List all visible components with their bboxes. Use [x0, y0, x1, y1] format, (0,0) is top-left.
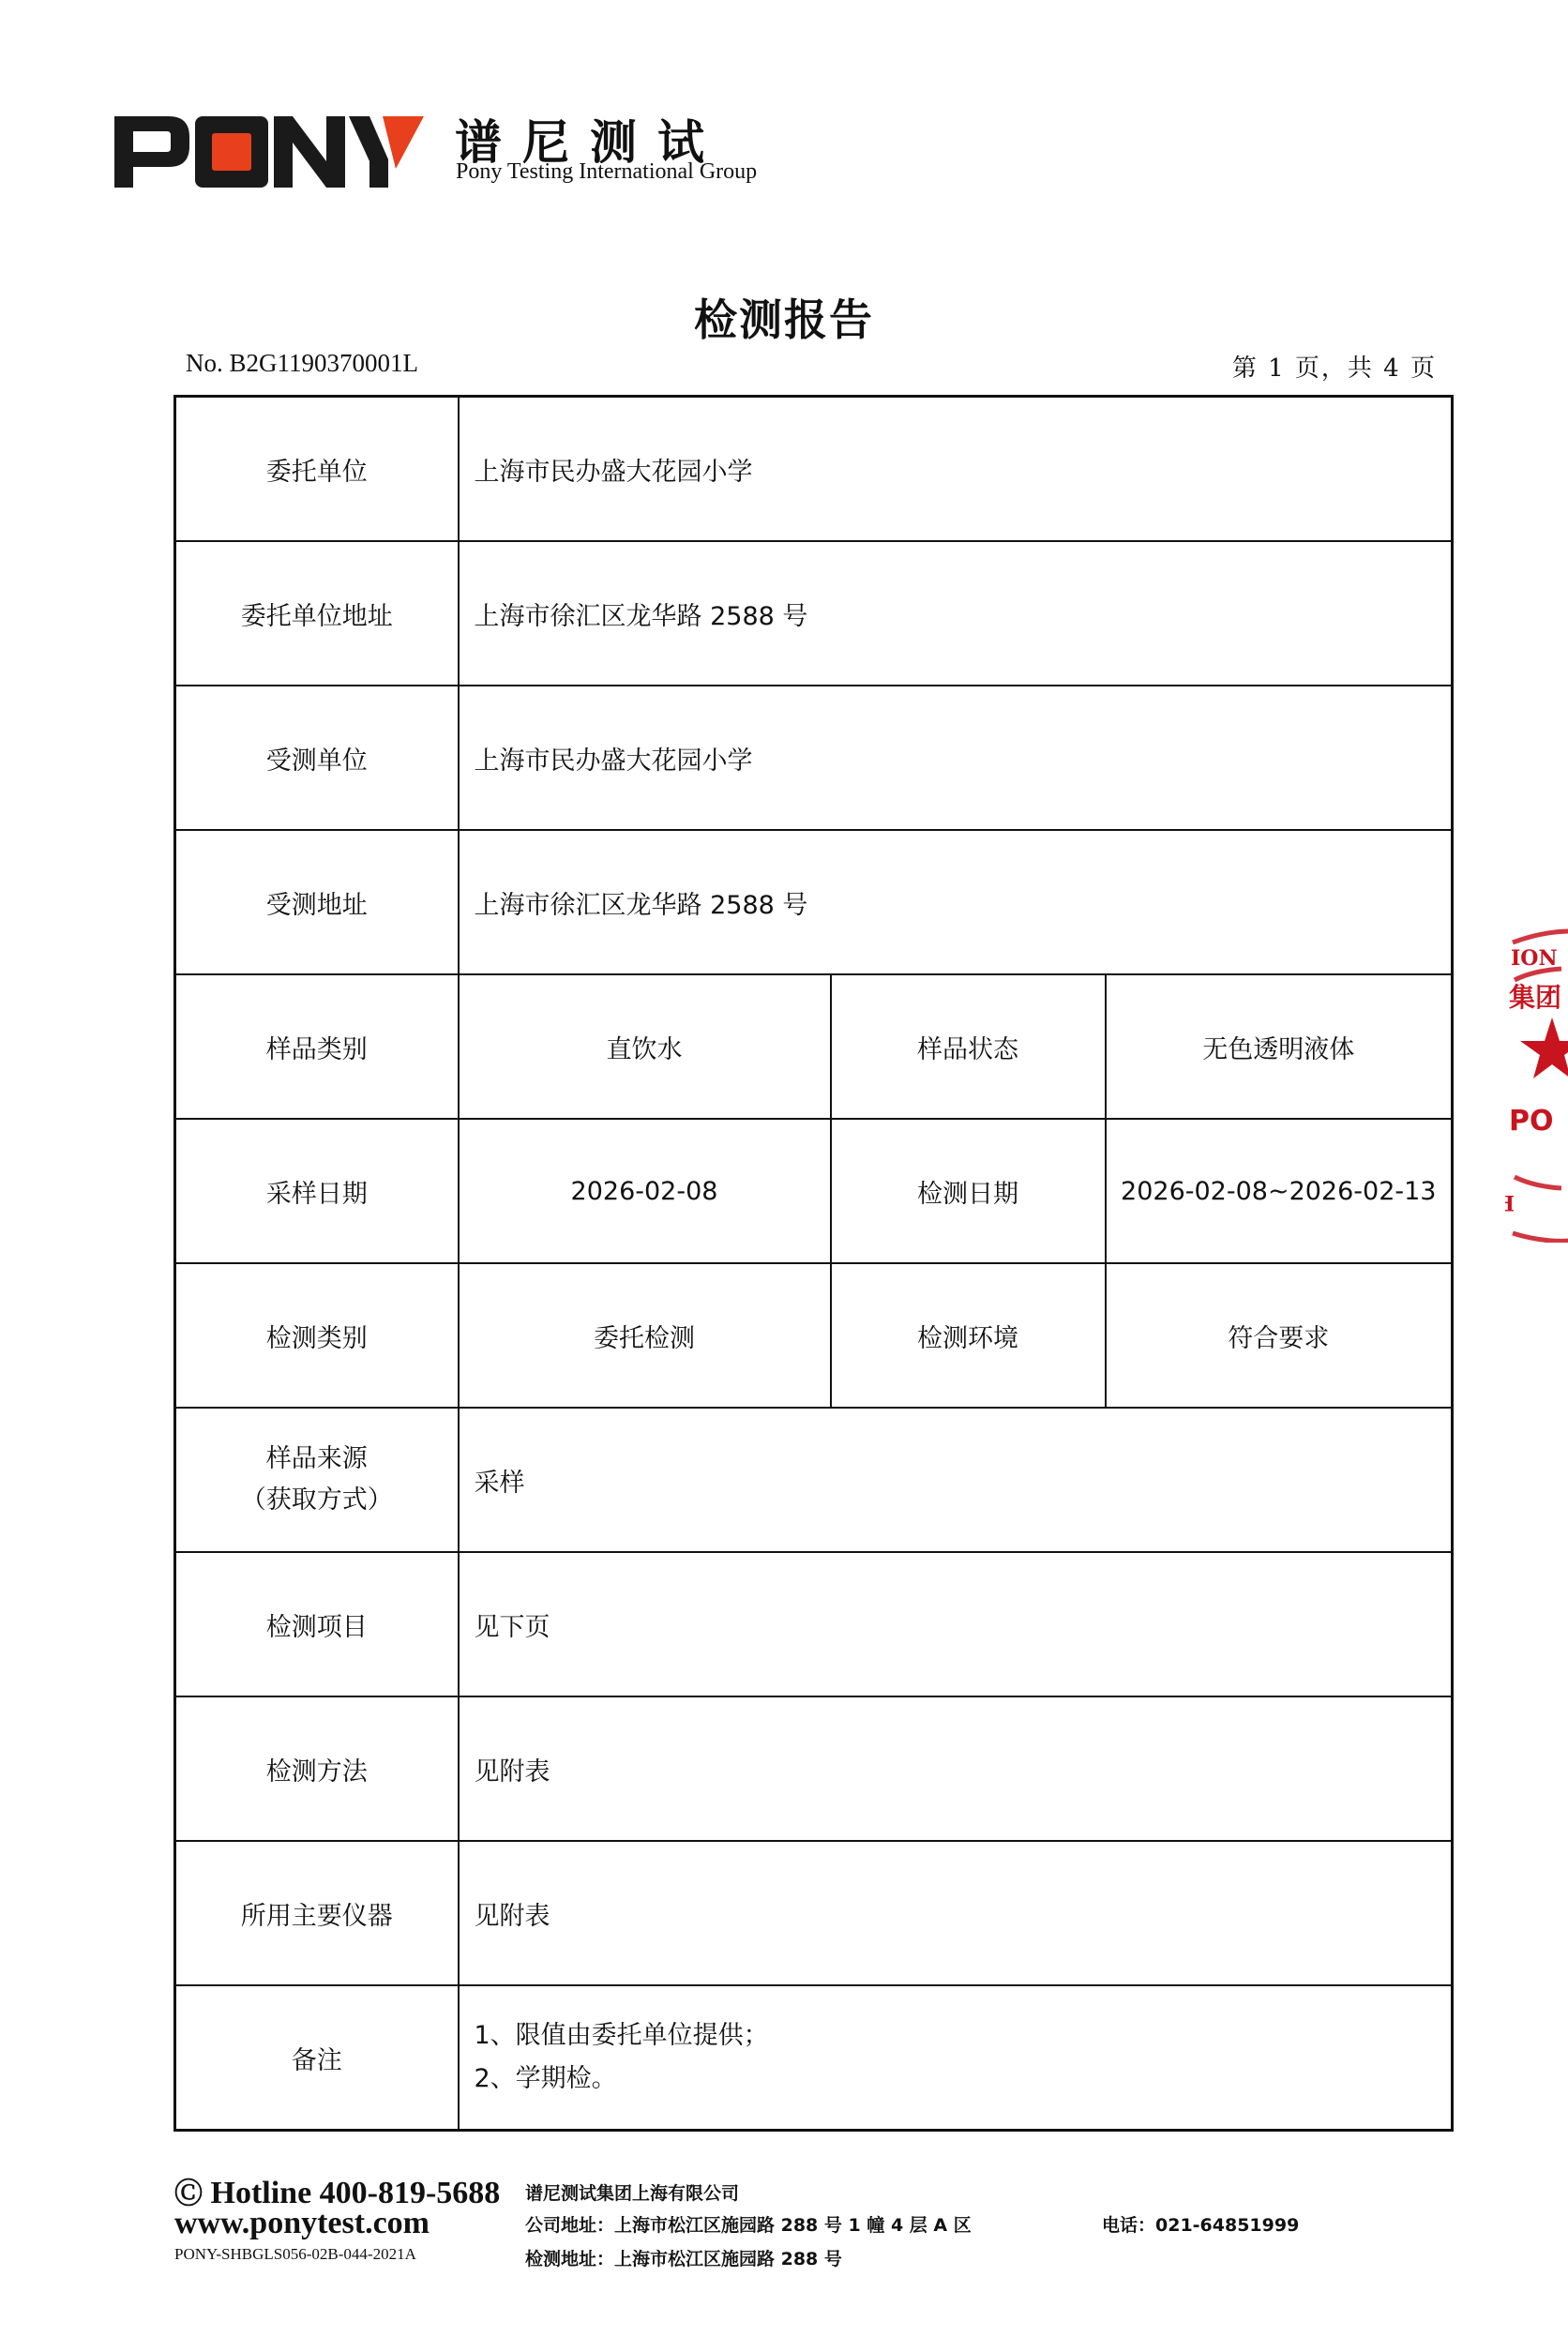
table-row-sample-type: 样品类别 直饮水 样品状态 无色透明液体 — [175, 974, 1453, 1119]
remarks-value: 1、限值由委托单位提供； 2、学期检。 — [459, 1985, 1453, 2131]
test-method-value: 见附表 — [459, 1696, 1453, 1841]
table-row-tested-address: 受测地址 上海市徐汇区龙华路 2588 号 — [175, 830, 1453, 974]
stamp-text-group: 集团 — [1509, 982, 1561, 1013]
pony-logo — [114, 113, 424, 189]
remark-item-2: 2、学期检。 — [475, 2058, 1452, 2101]
client-address-label: 委托单位地址 — [175, 541, 459, 686]
sample-state-label: 样品状态 — [831, 974, 1106, 1119]
table-row-test-method: 检测方法 见附表 — [175, 1696, 1453, 1841]
logo-english-name: Pony Testing International Group — [456, 159, 757, 185]
sample-type-value: 直饮水 — [459, 974, 831, 1119]
sample-source-label: 样品来源 （获取方式） — [175, 1408, 459, 1552]
remarks-label: 备注 — [175, 1985, 459, 2131]
tested-unit-value: 上海市民办盛大花园小学 — [459, 686, 1453, 830]
company-name: 谱尼测试集团上海有限公司 — [525, 2179, 739, 2205]
page-title: 检测报告 — [0, 286, 1568, 348]
page-indicator: 第 1 页，共 4 页 — [1232, 349, 1437, 384]
table-row-client: 委托单位 上海市民办盛大花园小学 — [175, 397, 1453, 542]
table-row-category: 检测类别 委托检测 检测环境 符合要求 — [175, 1263, 1453, 1408]
client-value: 上海市民办盛大花园小学 — [459, 397, 1453, 542]
report-info-table: 委托单位 上海市民办盛大花园小学 委托单位地址 上海市徐汇区龙华路 2588 号… — [173, 395, 1454, 2132]
report-number: No. B2G1190370001L — [186, 349, 418, 378]
test-date-value: 2026-02-08~2026-02-13 — [1106, 1119, 1453, 1263]
test-environment-label: 检测环境 — [831, 1263, 1106, 1408]
official-seal-stamp: ION 集团 PO POI — [1505, 924, 1568, 1243]
test-method-label: 检测方法 — [175, 1696, 459, 1841]
table-row-tested-unit: 受测单位 上海市民办盛大花园小学 — [175, 686, 1453, 830]
client-label: 委托单位 — [175, 397, 459, 542]
stamp-text-poi: POI — [1505, 1190, 1515, 1214]
test-address: 检测地址：上海市松江区施园路 288 号 — [525, 2245, 842, 2270]
sampling-date-label: 采样日期 — [175, 1119, 459, 1263]
table-row-test-items: 检测项目 见下页 — [175, 1552, 1453, 1696]
sample-state-value: 无色透明液体 — [1106, 974, 1453, 1119]
remark-item-1: 1、限值由委托单位提供； — [475, 2014, 1452, 2058]
sample-type-label: 样品类别 — [175, 974, 459, 1119]
test-environment-value: 符合要求 — [1106, 1263, 1453, 1408]
table-row-remarks: 备注 1、限值由委托单位提供； 2、学期检。 — [175, 1985, 1453, 2131]
tested-unit-label: 受测单位 — [175, 686, 459, 830]
test-category-label: 检测类别 — [175, 1263, 459, 1408]
table-row-dates: 采样日期 2026-02-08 检测日期 2026-02-08~2026-02-… — [175, 1119, 1453, 1263]
table-row-client-address: 委托单位地址 上海市徐汇区龙华路 2588 号 — [175, 541, 1453, 686]
tested-address-value: 上海市徐汇区龙华路 2588 号 — [459, 830, 1453, 974]
sample-source-label-line2: （获取方式） — [176, 1480, 458, 1521]
test-items-value: 见下页 — [459, 1552, 1453, 1696]
sampling-date-value: 2026-02-08 — [459, 1119, 831, 1263]
form-code: PONY-SHBGLS056-02B-044-2021A — [174, 2245, 416, 2264]
phone-number: 电话：021-64851999 — [1102, 2211, 1299, 2237]
test-date-label: 检测日期 — [831, 1119, 1106, 1263]
table-row-instruments: 所用主要仪器 见附表 — [175, 1841, 1453, 1985]
sample-source-label-line1: 样品来源 — [176, 1439, 458, 1480]
instruments-value: 见附表 — [459, 1841, 1453, 1985]
sample-source-value: 采样 — [459, 1408, 1453, 1552]
website-link[interactable]: www.ponytest.com — [174, 2206, 430, 2241]
tested-address-label: 受测地址 — [175, 830, 459, 974]
client-address-value: 上海市徐汇区龙华路 2588 号 — [459, 541, 1453, 686]
test-category-value: 委托检测 — [459, 1263, 831, 1408]
instruments-label: 所用主要仪器 — [175, 1841, 459, 1985]
table-row-sample-source: 样品来源 （获取方式） 采样 — [175, 1408, 1453, 1552]
stamp-text-po: PO — [1509, 1105, 1554, 1138]
test-items-label: 检测项目 — [175, 1552, 459, 1696]
stamp-text-ion: ION — [1511, 946, 1558, 971]
company-address: 公司地址：上海市松江区施园路 288 号 1 幢 4 层 A 区 — [525, 2211, 972, 2237]
